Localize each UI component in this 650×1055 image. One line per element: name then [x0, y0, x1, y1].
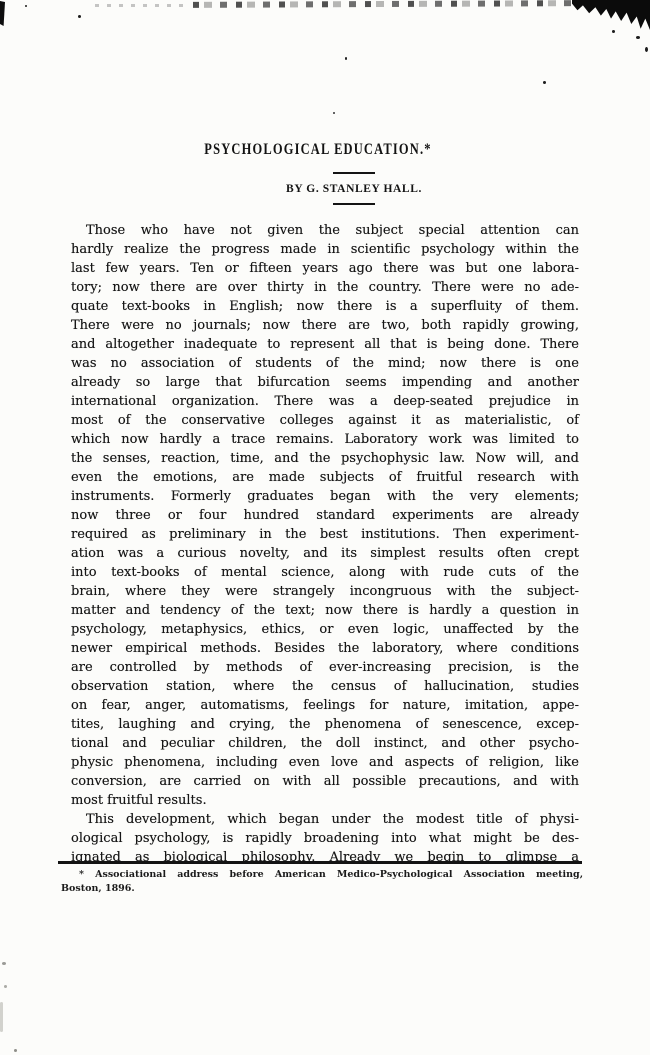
text-line: matter and tendency of the text; now the…: [71, 601, 579, 620]
text-line: most of the conservative colleges agains…: [71, 411, 579, 430]
text-line: conversion, are carried on with all poss…: [71, 772, 579, 791]
text-line: hardly realize the progress made in scie…: [71, 240, 579, 259]
scanned-document-page: PSYCHOLOGICAL EDUCATION.* BY G. STANLEY …: [0, 0, 650, 1055]
text-line: now three or four hundred standard exper…: [71, 506, 579, 525]
scan-speck: [636, 36, 640, 39]
text-line: ological psychology, is rapidly broadeni…: [71, 829, 579, 848]
text-line: physic phenomena, including even love an…: [71, 753, 579, 772]
text-line: This development, which began under the …: [71, 810, 579, 829]
text-line: international organization. There was a …: [71, 392, 579, 411]
scan-speck: [78, 15, 81, 18]
text-line: into text-books of mental science, along…: [71, 563, 579, 582]
text-line: Those who have not given the subject spe…: [71, 221, 579, 240]
scan-speck: [25, 5, 27, 7]
paragraph-1-last-line: most fruitful results.: [71, 791, 579, 810]
article-byline: BY G. STANLEY HALL.: [100, 183, 608, 195]
scan-speck: [645, 47, 648, 52]
text-line: was no association of students of the mi…: [71, 354, 579, 373]
footnote-line-2: Boston, 1896.: [61, 882, 583, 896]
scan-speck: [14, 1049, 17, 1052]
footnote-divider-rule: [58, 861, 582, 864]
text-line: psychology, metaphysics, ethics, or even…: [71, 620, 579, 639]
article-title: PSYCHOLOGICAL EDUCATION.*: [120, 141, 516, 159]
scan-smudge-top-band: [193, 0, 575, 8]
byline-divider-rule: [333, 203, 375, 205]
text-line: newer empirical methods. Besides the lab…: [71, 639, 579, 658]
title-divider-rule: [333, 172, 375, 174]
scan-speck: [2, 962, 6, 965]
text-line: brain, where they were strangely incongr…: [71, 582, 579, 601]
text-line: tites, laughing and crying, the phenomen…: [71, 715, 579, 734]
scan-speck: [345, 57, 347, 60]
text-line: on fear, anger, automatisms, feelings fo…: [71, 696, 579, 715]
scan-speck: [0, 1002, 3, 1032]
text-line: There were no journals; now there are tw…: [71, 316, 579, 335]
scan-speck: [4, 985, 7, 988]
scan-speck: [612, 30, 615, 33]
text-line: last few years. Ten or fifteen years ago…: [71, 259, 579, 278]
paragraph-2: This development, which began under the …: [71, 810, 579, 867]
text-line: already so large that bifurcation seems …: [71, 373, 579, 392]
scan-blob-top-right: [572, 0, 650, 30]
text-line: and altogether inadequate to represent a…: [71, 335, 579, 354]
footnote: * Associational address before American …: [61, 868, 583, 896]
text-line: which now hardly a trace remains. Labora…: [71, 430, 579, 449]
text-line: ation was a curious novelty, and its sim…: [71, 544, 579, 563]
text-line: required as preliminary in the best inst…: [71, 525, 579, 544]
text-line: instruments. Formerly graduates began wi…: [71, 487, 579, 506]
scan-mark-top-left: [0, 1, 5, 26]
text-line: tional and peculiar children, the doll i…: [71, 734, 579, 753]
text-line: ignated as biological philosophy. Alread…: [71, 848, 579, 867]
text-line: are controlled by methods of ever-increa…: [71, 658, 579, 677]
text-line: tory; now there are over thirty in the c…: [71, 278, 579, 297]
scan-speck: [543, 81, 546, 84]
scan-speck: [333, 112, 335, 114]
paragraph-1: Those who have not given the subject spe…: [71, 221, 579, 791]
footnote-line-1: * Associational address before American …: [61, 868, 583, 882]
text-line: observation station, where the census of…: [71, 677, 579, 696]
text-line: even the emotions, are made subjects of …: [71, 468, 579, 487]
scan-smudge-top-band-2: [95, 4, 190, 7]
text-line: quate text-books in English; now there i…: [71, 297, 579, 316]
text-line: the senses, reaction, time, and the psyc…: [71, 449, 579, 468]
